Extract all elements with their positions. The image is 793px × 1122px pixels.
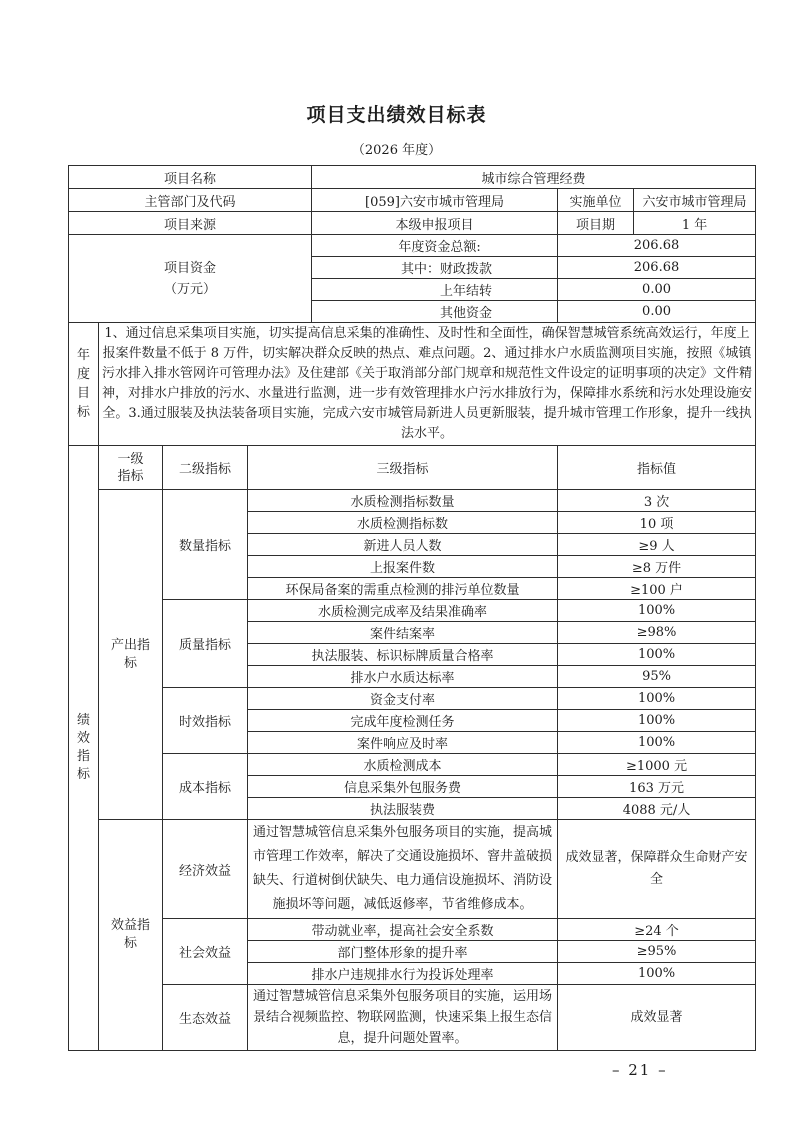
source-value: 本级申报项目 [312, 212, 558, 235]
indicator-name: 执法服装、标识标牌质量合格率 [248, 644, 558, 666]
page-number: – 21 – [0, 1061, 793, 1079]
source-label: 项目来源 [69, 212, 312, 235]
project-name-label: 项目名称 [69, 166, 312, 189]
indicator-value: 163 万元 [558, 776, 756, 798]
indicator-value: 100% [558, 732, 756, 754]
indicator-value: 100% [558, 644, 756, 666]
level2-timeliness: 时效指标 [163, 688, 248, 754]
impl-unit-label: 实施单位 [558, 189, 634, 212]
annual-goal-text: 1、通过信息采集项目实施，切实提高信息采集的准确性、及时性和全面性，确保智慧城管… [99, 323, 756, 446]
indicator-name: 部门整体形象的提升率 [248, 941, 558, 963]
indicator-row: 社会效益 带动就业率，提高社会安全系数 ≥24 个 [69, 919, 756, 941]
indicator-value: ≥9 人 [558, 534, 756, 556]
indicator-description: 通过智慧城管信息采集外包服务项目的实施，提高城市管理工作效率，解决了交通设施损坏… [248, 820, 558, 919]
impl-unit-value: 六安市城市管理局 [634, 189, 756, 212]
indicator-name: 完成年度检测任务 [248, 710, 558, 732]
indicator-name: 水质检测完成率及结果准确率 [248, 600, 558, 622]
indicator-value: 成效显著，保障群众生命财产安全 [558, 820, 756, 919]
document-page: 项目支出绩效目标表 （2026 年度） 项目名称 城市综合管理经费 主管部门及代… [0, 0, 793, 1122]
indicator-name: 执法服装费 [248, 798, 558, 820]
indicator-value: ≥8 万件 [558, 556, 756, 578]
indicator-value: ≥98% [558, 622, 756, 644]
indicator-row: 时效指标 资金支付率 100% [69, 688, 756, 710]
row-indicator-header: 绩 效 指 标 一级指标 二级指标 三级指标 指标值 [69, 446, 756, 490]
indicator-value: ≥24 个 [558, 919, 756, 941]
level2-quality: 质量指标 [163, 600, 248, 688]
indicator-value: 3 次 [558, 490, 756, 512]
indicator-value: 100% [558, 710, 756, 732]
fund-row-value: 0.00 [558, 279, 756, 301]
row-annual-goal: 年 度 目 标 1、通过信息采集项目实施，切实提高信息采集的准确性、及时性和全面… [69, 323, 756, 446]
indicator-name: 信息采集外包服务费 [248, 776, 558, 798]
level2-social: 社会效益 [163, 919, 248, 985]
indicator-value: ≥1000 元 [558, 754, 756, 776]
indicator-value: 100% [558, 963, 756, 985]
department-label: 主管部门及代码 [69, 189, 312, 212]
indicator-value: 100% [558, 688, 756, 710]
period-label: 项目期 [558, 212, 634, 235]
period-value: 1 年 [634, 212, 756, 235]
indicator-name: 排水户水质达标率 [248, 666, 558, 688]
indicator-name: 环保局备案的需重点检测的排污单位数量 [248, 578, 558, 600]
indicator-value: ≥95% [558, 941, 756, 963]
indicator-row: 产出指标 数量指标 水质检测指标数量 3 次 [69, 490, 756, 512]
indicator-name: 案件响应及时率 [248, 732, 558, 754]
performance-indicator-label-text: 绩 效 指 标 [72, 712, 95, 784]
header-level1: 一级指标 [99, 446, 163, 490]
header-level3: 三级指标 [248, 446, 558, 490]
fund-row-value: 0.00 [558, 301, 756, 323]
page-title: 项目支出绩效目标表 [0, 0, 793, 127]
indicator-name: 上报案件数 [248, 556, 558, 578]
indicator-name: 水质检测指标数量 [248, 490, 558, 512]
indicator-name: 水质检测成本 [248, 754, 558, 776]
level1-benefit: 效益指标 [99, 820, 163, 1051]
indicator-value: ≥100 户 [558, 578, 756, 600]
annual-goal-label-text: 年 度 目 标 [72, 346, 95, 422]
indicator-name: 新进人员人数 [248, 534, 558, 556]
indicator-row: 成本指标 水质检测成本 ≥1000 元 [69, 754, 756, 776]
department-value: [059]六安市城市管理局 [312, 189, 558, 212]
fund-row-value: 206.68 [558, 235, 756, 257]
indicator-description: 通过智慧城管信息采集外包服务项目的实施，运用场景结合视频监控、物联网监测，快速采… [248, 985, 558, 1051]
row-source: 项目来源 本级申报项目 项目期 1 年 [69, 212, 756, 235]
row-fund-total: 项目资金 （万元） 年度资金总额: 206.68 [69, 235, 756, 257]
level2-ecological: 生态效益 [163, 985, 248, 1051]
performance-target-table: 项目名称 城市综合管理经费 主管部门及代码 [059]六安市城市管理局 实施单位… [68, 165, 756, 1051]
annual-goal-label: 年 度 目 标 [69, 323, 99, 446]
row-department: 主管部门及代码 [059]六安市城市管理局 实施单位 六安市城市管理局 [69, 189, 756, 212]
project-name-value: 城市综合管理经费 [312, 166, 756, 189]
indicator-row: 效益指标 经济效益 通过智慧城管信息采集外包服务项目的实施，提高城市管理工作效率… [69, 820, 756, 919]
indicator-name: 排水户违规排水行为投诉处理率 [248, 963, 558, 985]
fund-row-value: 206.68 [558, 257, 756, 279]
level2-quantity: 数量指标 [163, 490, 248, 600]
indicator-value: 95% [558, 666, 756, 688]
header-level2: 二级指标 [163, 446, 248, 490]
indicator-name: 带动就业率，提高社会安全系数 [248, 919, 558, 941]
row-project-name: 项目名称 城市综合管理经费 [69, 166, 756, 189]
indicator-name: 资金支付率 [248, 688, 558, 710]
level1-output: 产出指标 [99, 490, 163, 820]
indicator-row: 质量指标 水质检测完成率及结果准确率 100% [69, 600, 756, 622]
level2-economic: 经济效益 [163, 820, 248, 919]
indicator-name: 案件结案率 [248, 622, 558, 644]
performance-indicator-label: 绩 效 指 标 [69, 446, 99, 1051]
fund-section-label-text: 项目资金 （万元） [72, 258, 308, 300]
fund-row-label: 上年结转 [312, 279, 558, 301]
fund-row-label: 年度资金总额: [312, 235, 558, 257]
indicator-value: 10 项 [558, 512, 756, 534]
indicator-value: 成效显著 [558, 985, 756, 1051]
page-subtitle: （2026 年度） [0, 139, 793, 158]
indicator-value: 4088 元/人 [558, 798, 756, 820]
level2-cost: 成本指标 [163, 754, 248, 820]
fund-row-label: 其中：财政拨款 [312, 257, 558, 279]
indicator-value: 100% [558, 600, 756, 622]
indicator-name: 水质检测指标数 [248, 512, 558, 534]
fund-row-label: 其他资金 [312, 301, 558, 323]
fund-section-label: 项目资金 （万元） [69, 235, 312, 323]
indicator-row: 生态效益 通过智慧城管信息采集外包服务项目的实施，运用场景结合视频监控、物联网监… [69, 985, 756, 1051]
header-value: 指标值 [558, 446, 756, 490]
